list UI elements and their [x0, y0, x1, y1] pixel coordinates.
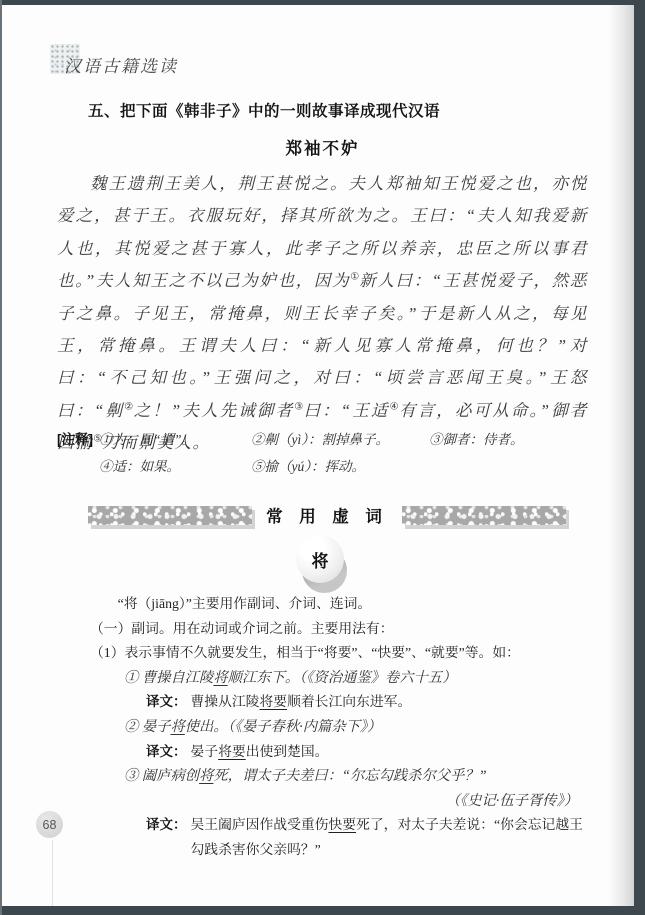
- exercise-heading: 五、把下面《韩非子》中的一则故事译成现代汉语: [88, 99, 598, 121]
- note-item: ①为：同“谓”。: [99, 426, 251, 453]
- note-item: ⑤揄（yú）：挥动。: [251, 453, 429, 480]
- page-number-badge: 68: [36, 811, 63, 838]
- notes-block: [注释] ①为：同“谓”。 ②劓（yì）：割掉鼻子。 ③御者：侍者。 ④适：如果…: [57, 426, 588, 480]
- note-item: ④适：如果。: [99, 453, 251, 480]
- floral-ornament-right: [402, 506, 566, 525]
- translation-text: 吴王阖庐因作战受重伤快要死了，对太子夫差说：“你会忘记越王勾践杀害你父亲吗？”: [191, 813, 591, 862]
- example-translation: 译文： 曹操从江陵将要顺着长江向东进军。: [146, 690, 590, 715]
- floral-ornament-left: [88, 506, 252, 525]
- note-item: ③御者：侍者。: [429, 426, 524, 453]
- note-item: [429, 453, 524, 480]
- scan-edge-bottom: [0, 906, 645, 915]
- notes-label: [注释]: [57, 426, 93, 480]
- fw-outline-item: （1）表示事情不久就要发生，相当于“将要”、“快要”、“就要”等。如：: [90, 641, 590, 666]
- note-item: ②劓（yì）：割掉鼻子。: [251, 426, 429, 453]
- notes-grid: ①为：同“谓”。 ②劓（yì）：割掉鼻子。 ③御者：侍者。 ④适：如果。 ⑤揄（…: [99, 426, 524, 480]
- translation-text: 晏子将要出使到楚国。: [191, 740, 591, 765]
- page-fold-line: [52, 840, 53, 906]
- scan-edge-left: [0, 0, 2, 915]
- example-translation: 译文： 吴王阖庐因作战受重伤快要死了，对太子夫差说：“你会忘记越王勾践杀害你父亲…: [146, 813, 590, 862]
- story-body: 魏王遗荆王美人，荆王甚悦之。夫人郑袖知王悦爱之也，亦悦爱之，甚于王。衣服玩好，择…: [57, 168, 588, 460]
- fw-intro: “将（jiāng）”主要用作副词、介词、连词。: [90, 592, 590, 617]
- page-curl-shadow: [608, 5, 634, 906]
- translation-text: 曹操从江陵将要顺着长江向东进军。: [191, 690, 591, 715]
- fw-outline-item: （一）副词。用在动词或介词之前。主要用法有：: [90, 617, 590, 642]
- function-word-section: “将（jiāng）”主要用作副词、介词、连词。 （一）副词。用在动词或介词之前。…: [90, 592, 590, 863]
- translation-label: 译文：: [146, 690, 187, 715]
- example-sentence: ② 晏子将使出。（《晏子春秋·内篇杂下》）: [124, 715, 590, 740]
- source-citation: （《史记·伍子胥传》）: [90, 789, 578, 814]
- translation-label: 译文：: [146, 813, 187, 862]
- function-word-badge: 将: [296, 535, 350, 593]
- function-word-circle: 将: [296, 535, 344, 583]
- scan-edge-right: [634, 0, 645, 915]
- translation-label: 译文：: [146, 740, 187, 765]
- section-banner: 常 用 虚 词: [88, 502, 566, 528]
- example-translation: 译文： 晏子将要出使到楚国。: [146, 740, 590, 765]
- scan-edge-top: [0, 0, 645, 5]
- story-title: 郑袖不妒: [57, 135, 588, 159]
- book-title: 汉语古籍选读: [64, 52, 178, 77]
- example-sentence: ① 曹操自江陵将顺江东下。（《资治通鉴》卷六十五）: [124, 666, 590, 691]
- section-banner-title: 常 用 虚 词: [252, 503, 402, 527]
- example-sentence: ③ 阖庐病创将死，谓太子夫差曰：“尔忘勾践杀尔父乎？”: [124, 764, 590, 789]
